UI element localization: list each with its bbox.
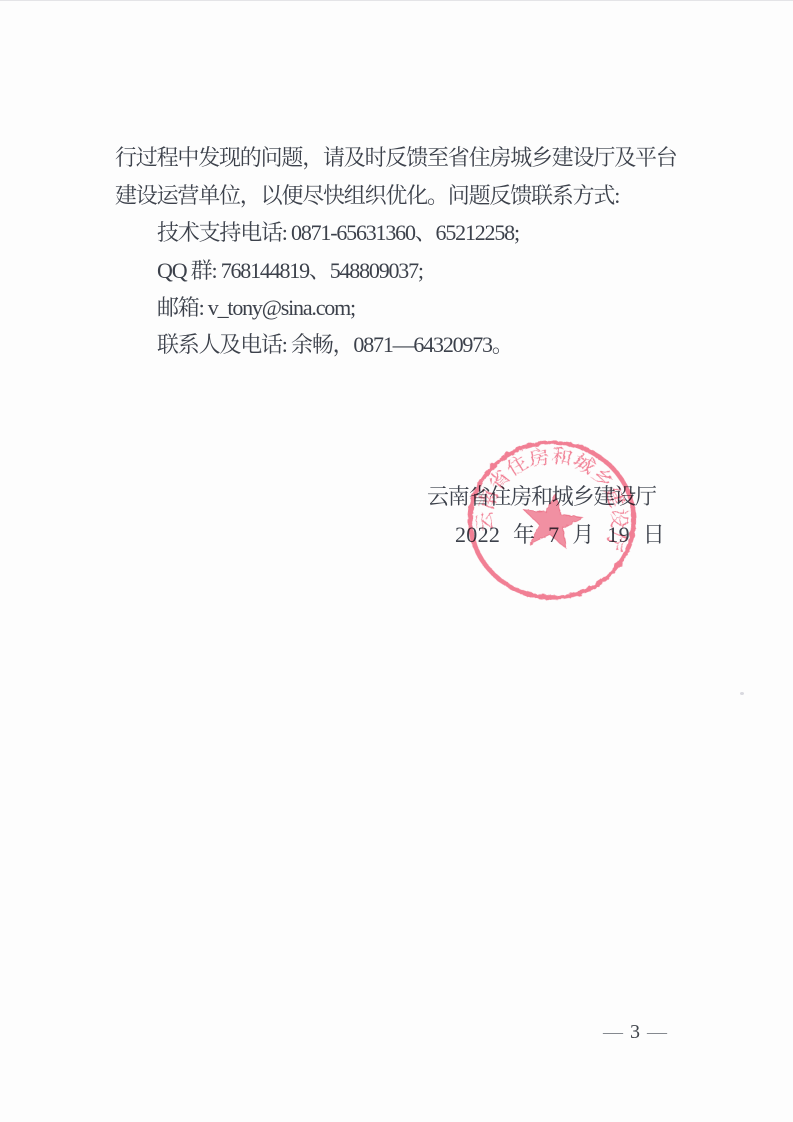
star-icon <box>519 490 585 550</box>
contact-line-person: 联系人及电话: 余畅，0871—64320973。 <box>157 332 513 358</box>
body-text-line: 行过程中发现的问题，请及时反馈至省住房城乡建设厅及平台 <box>115 145 677 171</box>
page-number-dash: — <box>647 1021 667 1043</box>
scan-artifact-speck <box>740 692 744 695</box>
page-number-value: 3 <box>630 1021 640 1043</box>
official-seal: 云南省住房和城乡建设厅 <box>458 431 646 609</box>
document-page: 行过程中发现的问题，请及时反馈至省住房城乡建设厅及平台 建设运营单位，以便尽快组… <box>0 0 793 1122</box>
page-number: —3— <box>596 1020 674 1044</box>
contact-line-email: 邮箱: v_tony@sina.com; <box>157 295 355 321</box>
body-text-line: 建设运营单位，以便尽快组织优化。问题反馈联系方式: <box>115 183 619 209</box>
scan-edge-line <box>0 0 793 1</box>
page-number-dash: — <box>603 1021 623 1043</box>
contact-line-qq: QQ 群: 768144819、548809037; <box>157 258 423 284</box>
contact-line-phone: 技术支持电话: 0871-65631360、65212258; <box>157 220 519 246</box>
